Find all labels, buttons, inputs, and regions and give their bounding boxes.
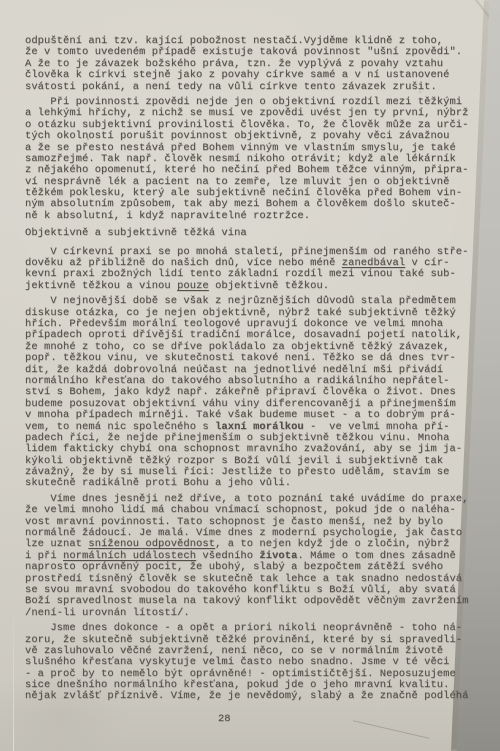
text-line: svátosti pokání, a není tedy na vůli cír… bbox=[25, 82, 477, 93]
text-line: naprosto oprávněný pocit, že ubohý, slab… bbox=[25, 562, 477, 573]
section-heading: Objektivně a subjektivně těžká vina bbox=[25, 228, 477, 239]
text-line: člověka k církvi stejně jako z povahy cí… bbox=[25, 70, 477, 81]
text-line: skutečně radikálně proti Bohu a jeho vůl… bbox=[25, 478, 477, 489]
text-line: lidem fakticky chybí ona schopnost mravn… bbox=[25, 444, 477, 455]
paragraph: V církevní praxi se po mnohá staletí, př… bbox=[25, 247, 477, 293]
paragraph: Víme dnes jesněji než dříve, a toto pozn… bbox=[25, 494, 477, 619]
text-line: tých okolností porušit povinnost objekti… bbox=[25, 131, 477, 142]
text-line: popř. těžkou vinu, ve skutečnosti takové… bbox=[25, 353, 477, 364]
text-line: ně k absolutní, i když napravitelné rozt… bbox=[25, 211, 477, 222]
page-number: 28 bbox=[218, 714, 230, 725]
paragraph: V nejnovější době se však z nejrůznějšíc… bbox=[25, 296, 477, 490]
paragraph: Při povinnosti zpovědi nejde jen o objek… bbox=[25, 97, 477, 222]
text-line: že velmi mnoho lidí má chabou vnímací sc… bbox=[25, 505, 477, 516]
text-line: z nějakého opomenutí, které ho nečiní př… bbox=[25, 165, 477, 176]
paper-crease-bottom-left bbox=[13, 598, 14, 751]
text-line: Objektivně a subjektivně těžká vina bbox=[25, 228, 477, 239]
paragraph: Jsme dnes dokonce - a opět a priori niko… bbox=[25, 623, 477, 703]
text-line: ství s Bohem, jako když např. zákeřně př… bbox=[25, 387, 477, 398]
scanned-document-page: { "doc": { "page_number": "28", "heading… bbox=[0, 0, 500, 751]
text-line: jektivně těžkou a vinou pouze objektivně… bbox=[25, 281, 477, 292]
scanned-page-paper: odpuštění ani tzv. kající pobožnost nest… bbox=[0, 0, 500, 751]
text-line: V nejnovější době se však z nejrůznějšíc… bbox=[25, 296, 477, 307]
text-line: Jsme dnes dokonce - a opět a priori niko… bbox=[25, 623, 477, 634]
text-column: odpuštění ani tzv. kající pobožnost nest… bbox=[25, 36, 477, 707]
text-line: slušného křesťana vyskytuje velmi často … bbox=[25, 657, 477, 668]
text-line: /není-li urovnán lítostí/. bbox=[25, 608, 477, 619]
text-line: nějak zvlášť příznivě. Víme, že je nevěd… bbox=[25, 691, 477, 702]
paragraph: odpuštění ani tzv. kající pobožnost nest… bbox=[25, 36, 477, 93]
